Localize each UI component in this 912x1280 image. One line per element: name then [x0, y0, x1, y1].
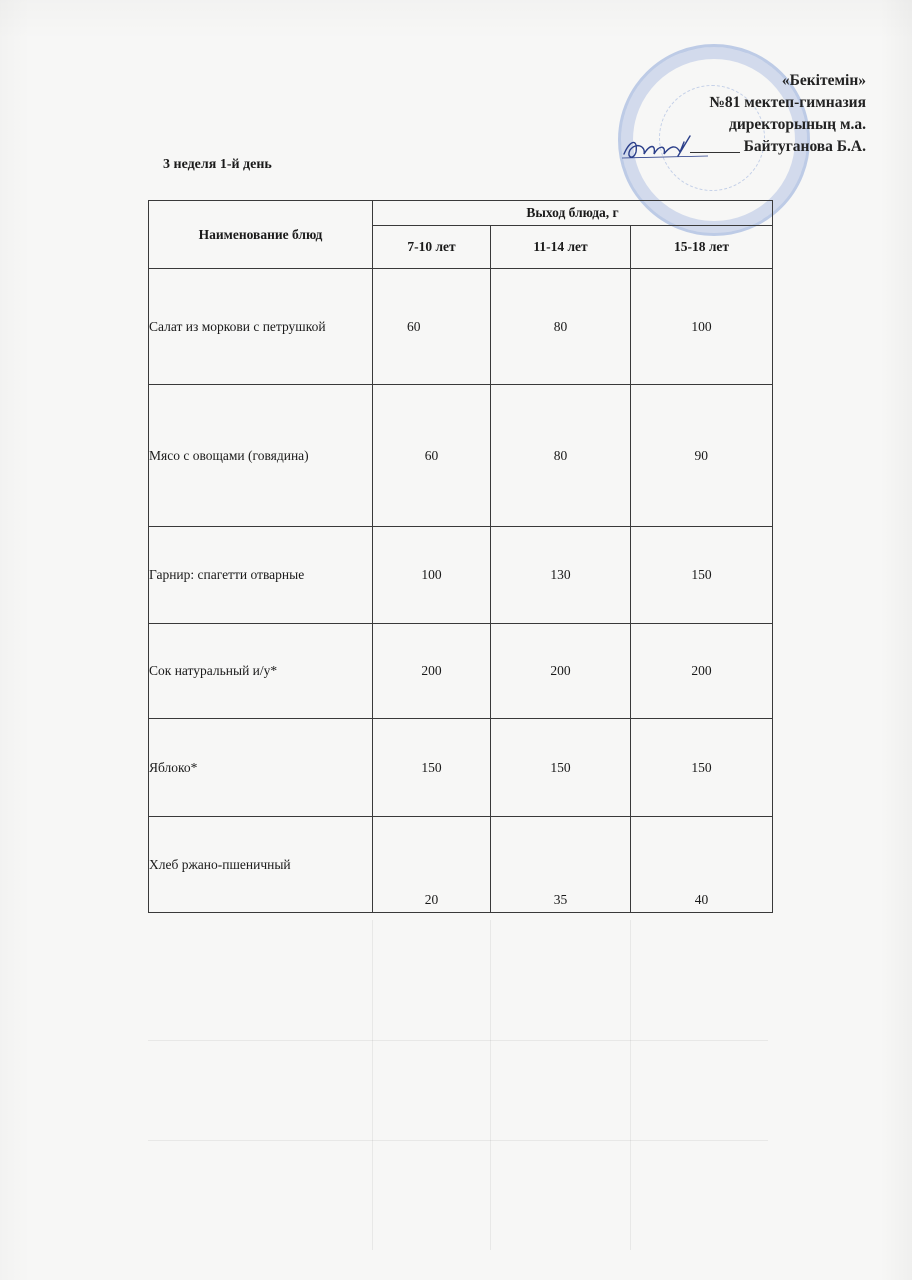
bleed-through-line — [630, 920, 631, 1250]
approval-block: «Бекітемін» №81 мектеп-гимназия директор… — [709, 70, 866, 158]
value-7-10: 200 — [373, 624, 491, 719]
table-row: Мясо с овощами (говядина) 60 80 90 — [149, 385, 773, 527]
value-7-10: 60 — [373, 385, 491, 527]
value-15-18: 150 — [631, 527, 773, 624]
bleed-through-line — [372, 920, 373, 1250]
approval-position: директорының м.а. — [709, 114, 866, 136]
value-11-14: 200 — [491, 624, 631, 719]
table-row: Гарнир: спагетти отварные 100 130 150 — [149, 527, 773, 624]
dish-name: Сок натуральный и/у* — [149, 624, 373, 719]
value-11-14: 130 — [491, 527, 631, 624]
dish-name: Гарнир: спагетти отварные — [149, 527, 373, 624]
header-dish-name: Наименование блюд — [149, 201, 373, 269]
value-7-10: 150 — [373, 719, 491, 817]
day-title: 3 неделя 1-й день — [163, 157, 272, 173]
bleed-through-line — [148, 1040, 768, 1041]
approval-title: «Бекітемін» — [709, 70, 866, 92]
value-11-14: 80 — [491, 385, 631, 527]
value-15-18: 100 — [631, 269, 773, 385]
value-11-14: 150 — [491, 719, 631, 817]
value-11-14: 35 — [491, 817, 631, 913]
table-row: Хлеб ржано-пшеничный 20 35 40 — [149, 817, 773, 913]
dish-name: Салат из моркови с петрушкой — [149, 269, 373, 385]
value-7-10: 100 — [373, 527, 491, 624]
value-15-18: 90 — [631, 385, 773, 527]
value-7-10: 20 — [373, 817, 491, 913]
header-age-11-14: 11-14 лет — [491, 226, 631, 269]
bleed-through-line — [148, 1140, 768, 1141]
value-15-18: 200 — [631, 624, 773, 719]
value-7-10: 60 — [373, 269, 491, 385]
menu-table: Наименование блюд Выход блюда, г 7-10 ле… — [148, 200, 773, 913]
dish-name: Яблоко* — [149, 719, 373, 817]
table-row: Салат из моркови с петрушкой 60 80 100 — [149, 269, 773, 385]
table-row: Сок натуральный и/у* 200 200 200 — [149, 624, 773, 719]
approval-name: Байтуганова Б.А. — [709, 136, 866, 158]
header-age-7-10: 7-10 лет — [373, 226, 491, 269]
bleed-through-line — [490, 920, 491, 1250]
header-output: Выход блюда, г — [373, 201, 773, 226]
value-11-14: 80 — [491, 269, 631, 385]
value-15-18: 150 — [631, 719, 773, 817]
value-15-18: 40 — [631, 817, 773, 913]
table-row: Яблоко* 150 150 150 — [149, 719, 773, 817]
dish-name: Мясо с овощами (говядина) — [149, 385, 373, 527]
header-age-15-18: 15-18 лет — [631, 226, 773, 269]
approval-school: №81 мектеп-гимназия — [709, 92, 866, 114]
dish-name: Хлеб ржано-пшеничный — [149, 817, 373, 913]
